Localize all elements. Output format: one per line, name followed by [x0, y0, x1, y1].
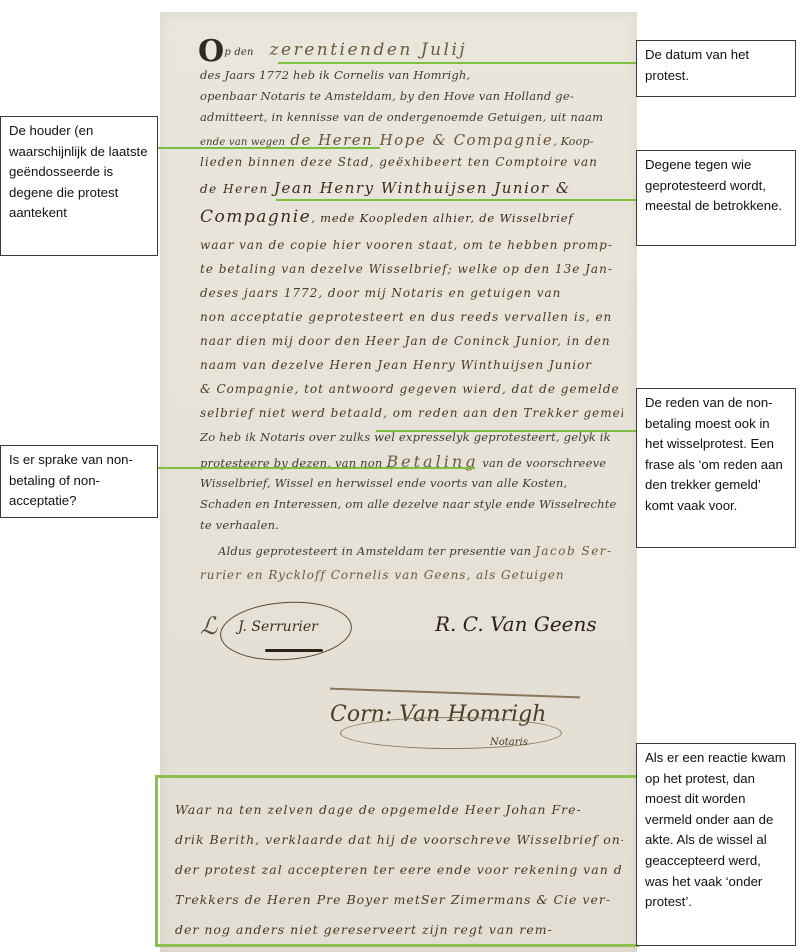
signature-witness-1: J. Serrurier [238, 619, 318, 635]
reason-connector-line [376, 430, 638, 432]
signature-witness-2: R. C. Van Geens [435, 612, 597, 636]
ms-line-15: & Compagnie, tot antwoord gegeven wierd,… [200, 382, 623, 396]
ms-line-2: des Jaars 1772 heb ik Cornelis van Homri… [200, 68, 623, 82]
ms-line-3: openbaar Notaris te Amsteldam, by den Ho… [200, 89, 623, 103]
callout-date: De datum van het protest. [636, 40, 796, 97]
ms-protested-party-fill: Jean Henry Winthuijsen Junior & [274, 179, 571, 197]
ms-line-9: waar van de copie hier vooren staat, om … [200, 238, 623, 252]
ms-line-16: selbrief niet werd betaald, om reden aan… [200, 406, 623, 420]
type-connector-line [155, 467, 475, 469]
callout-type: Is er sprake van non-betaling of non-acc… [0, 445, 158, 518]
protested-party-connector-line [276, 199, 638, 201]
signature-notary-flourish [330, 688, 580, 698]
signature-underline [265, 649, 323, 652]
signature-notary-oval [340, 717, 562, 749]
ms-line-13: naar dien mij door den Heer Jan de Conin… [200, 334, 623, 348]
date-connector-line [278, 62, 638, 64]
ms-line-14: naam van dezelve Heren Jean Henry Winthu… [200, 358, 623, 372]
holder-connector-line [140, 147, 380, 149]
signature-notary-title: Notaris [490, 737, 528, 748]
ms-line-21: te verhaalen. [200, 518, 623, 532]
ms-line-23: rurier en Ryckloff Cornelis van Geens, a… [200, 568, 623, 582]
callout-holder: De houder (en waarschijnlijk de laatste … [0, 116, 158, 256]
callout-reaction: Als er een reactie kwam op het protest, … [636, 743, 796, 946]
ms-line-6: lieden binnen deze Stad, geëxhibeert ten… [200, 155, 623, 169]
ms-line-22: Aldus geprotesteert in Amsteldam ter pre… [218, 544, 623, 558]
ms-line-8: Compagnie, mede Koopleden alhier, de Wis… [200, 207, 623, 227]
callout-protested-party: Degene tegen wie geprotesteerd wordt, me… [636, 150, 796, 246]
signature-initial-flourish: ℒ [200, 612, 217, 640]
ms-line-7: de Heren Jean Henry Winthuijsen Junior & [200, 178, 623, 197]
ms-reason-phrase: , om reden aan den Trekker gemeld [383, 406, 623, 420]
ms-line-4: admitteert, in kennisse van de ondergeno… [200, 110, 623, 124]
ms-line-17: Zo heb ik Notaris over zulks wel express… [200, 430, 623, 444]
ms-line-20: Schaden en Interessen, om alle dezelve n… [200, 497, 623, 511]
ms-line-12: non acceptatie geprotesteert en dus reed… [200, 310, 623, 324]
addendum-highlight-box [155, 775, 639, 947]
callout-reason: De reden van de non-betaling moest ook i… [636, 388, 796, 548]
ms-opening-initial: O [198, 34, 224, 69]
ms-line-11: deses jaars 1772, door mij Notaris en ge… [200, 286, 623, 300]
ms-line-19: Wisselbrief, Wissel en herwissel ende vo… [200, 476, 623, 490]
ms-line-10: te betaling van dezelve Wisselbrief; wel… [200, 262, 623, 276]
ms-date-fill: zerentienden Julij [270, 40, 468, 60]
